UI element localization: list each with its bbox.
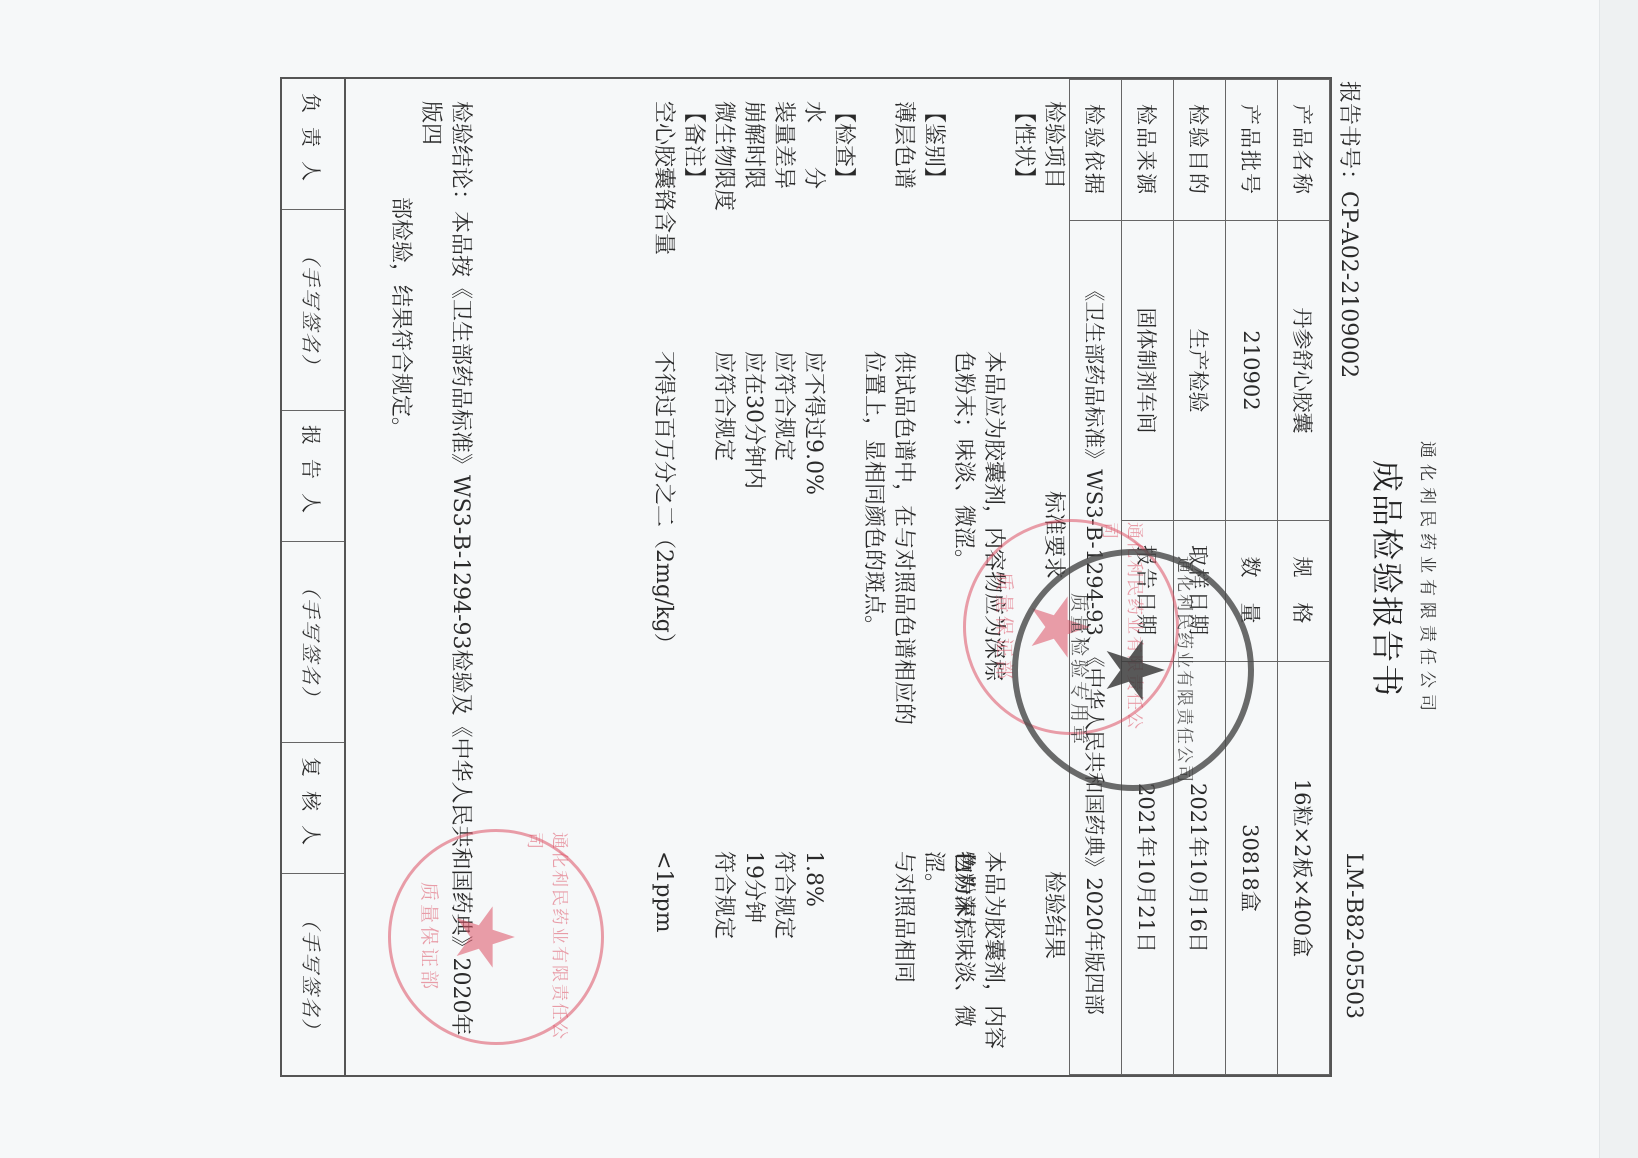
test-row: 崩解时限应在30分钟内19分钟 — [738, 101, 768, 1053]
spec-value: 16粒×2板×400盒 — [1278, 661, 1330, 1074]
purpose-value: 生产检验 — [1174, 221, 1226, 521]
gray-seal: 通化利民药业有限责任公司 ★ 质量检验专用章 — [1012, 549, 1254, 791]
test-item: 崩解时限 — [738, 101, 768, 189]
report-number-value: CP-A02-2109002 — [1336, 191, 1361, 378]
seal-text: 质量检验专用章 — [1067, 593, 1094, 747]
test-result: 1.8% — [798, 851, 828, 907]
test-row: 薄层色谱供试品色谱中，在与对照品色谱相应的与对照品相同 — [888, 101, 918, 1053]
scan-edge — [1599, 0, 1638, 1158]
test-standard: 位置上，显相同颜色的斑点。 — [858, 351, 888, 637]
star-icon: ★ — [1094, 634, 1174, 706]
responsible-label: 负责人 — [282, 79, 344, 210]
test-row: 空心胶囊铬含量不得过百万分之二（2mg/kg）<1ppm — [648, 101, 678, 1053]
header-item: 检验项目 — [1038, 101, 1068, 189]
purpose-label: 检验目的 — [1174, 80, 1226, 221]
source-value: 固体制剂车间 — [1122, 221, 1174, 521]
test-row: 色粉末；味淡、微涩。色粉末；味淡、微涩。 — [948, 101, 978, 1053]
reviewer-signature: （手写签名） — [282, 874, 344, 1075]
section-title: 【备注】 — [678, 101, 708, 189]
batch-value: 210902 — [1226, 221, 1278, 521]
form-number: LM-B82-05503 — [1341, 853, 1366, 1019]
test-result: <1ppm — [648, 851, 678, 932]
responsible-signature: （手写签名） — [282, 210, 344, 411]
batch-label: 产品批号 — [1226, 80, 1278, 221]
report-title: 成品检验报告书 — [1366, 49, 1412, 1109]
reviewer-label: 复核人 — [282, 743, 344, 874]
inspection-report-page: 通化利民药业有限责任公司 成品检验报告书 报告书号：CP-A02-2109002… — [174, 49, 1464, 1109]
test-result: 19分钟 — [738, 851, 768, 923]
spec-label: 规 格 — [1278, 520, 1330, 661]
section-header: 【备注】 — [678, 101, 708, 1053]
test-item: 微生物限度 — [708, 101, 738, 211]
test-standard: 供试品色谱中，在与对照品色谱相应的 — [888, 351, 918, 725]
star-icon: ★ — [445, 901, 525, 973]
test-row: 装量差异应符合规定符合规定 — [768, 101, 798, 1053]
product-name-value: 丹参舒心胶囊 — [1278, 221, 1330, 521]
test-item: 水 分 — [798, 101, 828, 189]
red-seal-lower: 通化利民药业有限责任公司 ★ 质量保证部 — [388, 829, 604, 1045]
test-standard: 应在30分钟内 — [738, 351, 768, 489]
basis-label: 检验依据 — [1070, 80, 1122, 221]
section-title: 【鉴别】 — [918, 101, 948, 189]
reporter-signature: （手写签名） — [282, 542, 344, 743]
header-result: 检验结果 — [1038, 871, 1068, 959]
report-number: 报告书号：CP-A02-2109002 — [1335, 81, 1366, 378]
test-standard: 应符合规定 — [708, 351, 738, 461]
section-title: 【性状】 — [1008, 101, 1038, 189]
report-number-label: 报告书号： — [1336, 81, 1361, 191]
test-item: 装量差异 — [768, 101, 798, 189]
table-row: 产品批号 210902 数 量 30818盒 — [1226, 80, 1278, 1075]
test-result: 符合规定 — [768, 851, 798, 939]
test-standard: 不得过百万分之二（2mg/kg） — [648, 351, 678, 655]
reporter-label: 报告人 — [282, 411, 344, 542]
section-header: 【鉴别】 — [918, 101, 948, 1053]
section-title: 【检查】 — [828, 101, 858, 189]
company-name: 通化利民药业有限责任公司 — [1417, 49, 1442, 1109]
test-result: 符合规定 — [708, 851, 738, 939]
test-standard: 应不得过9.0% — [798, 351, 828, 495]
seal-text: 质量保证部 — [418, 882, 445, 992]
test-item: 空心胶囊铬含量 — [648, 101, 678, 255]
test-standard: 应符合规定 — [768, 351, 798, 461]
table-row: 产品名称 丹参舒心胶囊 规 格 16粒×2板×400盒 — [1278, 80, 1330, 1075]
source-label: 检品来源 — [1122, 80, 1174, 221]
seal-text: 通化利民药业有限责任公司 — [525, 832, 575, 1042]
test-item: 薄层色谱 — [888, 101, 918, 189]
test-result: 与对照品相同 — [888, 851, 918, 983]
conclusion-label: 检验结论： — [448, 101, 473, 211]
product-name-label: 产品名称 — [1278, 80, 1330, 221]
test-standard: 色粉末；味淡、微涩。 — [948, 351, 978, 571]
test-row: 水 分应不得过9.0%1.8% — [798, 101, 828, 1053]
test-row: 微生物限度应符合规定符合规定 — [708, 101, 738, 1053]
signature-row: 负责人 （手写签名） 报告人 （手写签名） 复核人 （手写签名） — [282, 79, 346, 1075]
test-row: 位置上，显相同颜色的斑点。 — [858, 101, 888, 1053]
section-header: 【检查】 — [828, 101, 858, 1053]
